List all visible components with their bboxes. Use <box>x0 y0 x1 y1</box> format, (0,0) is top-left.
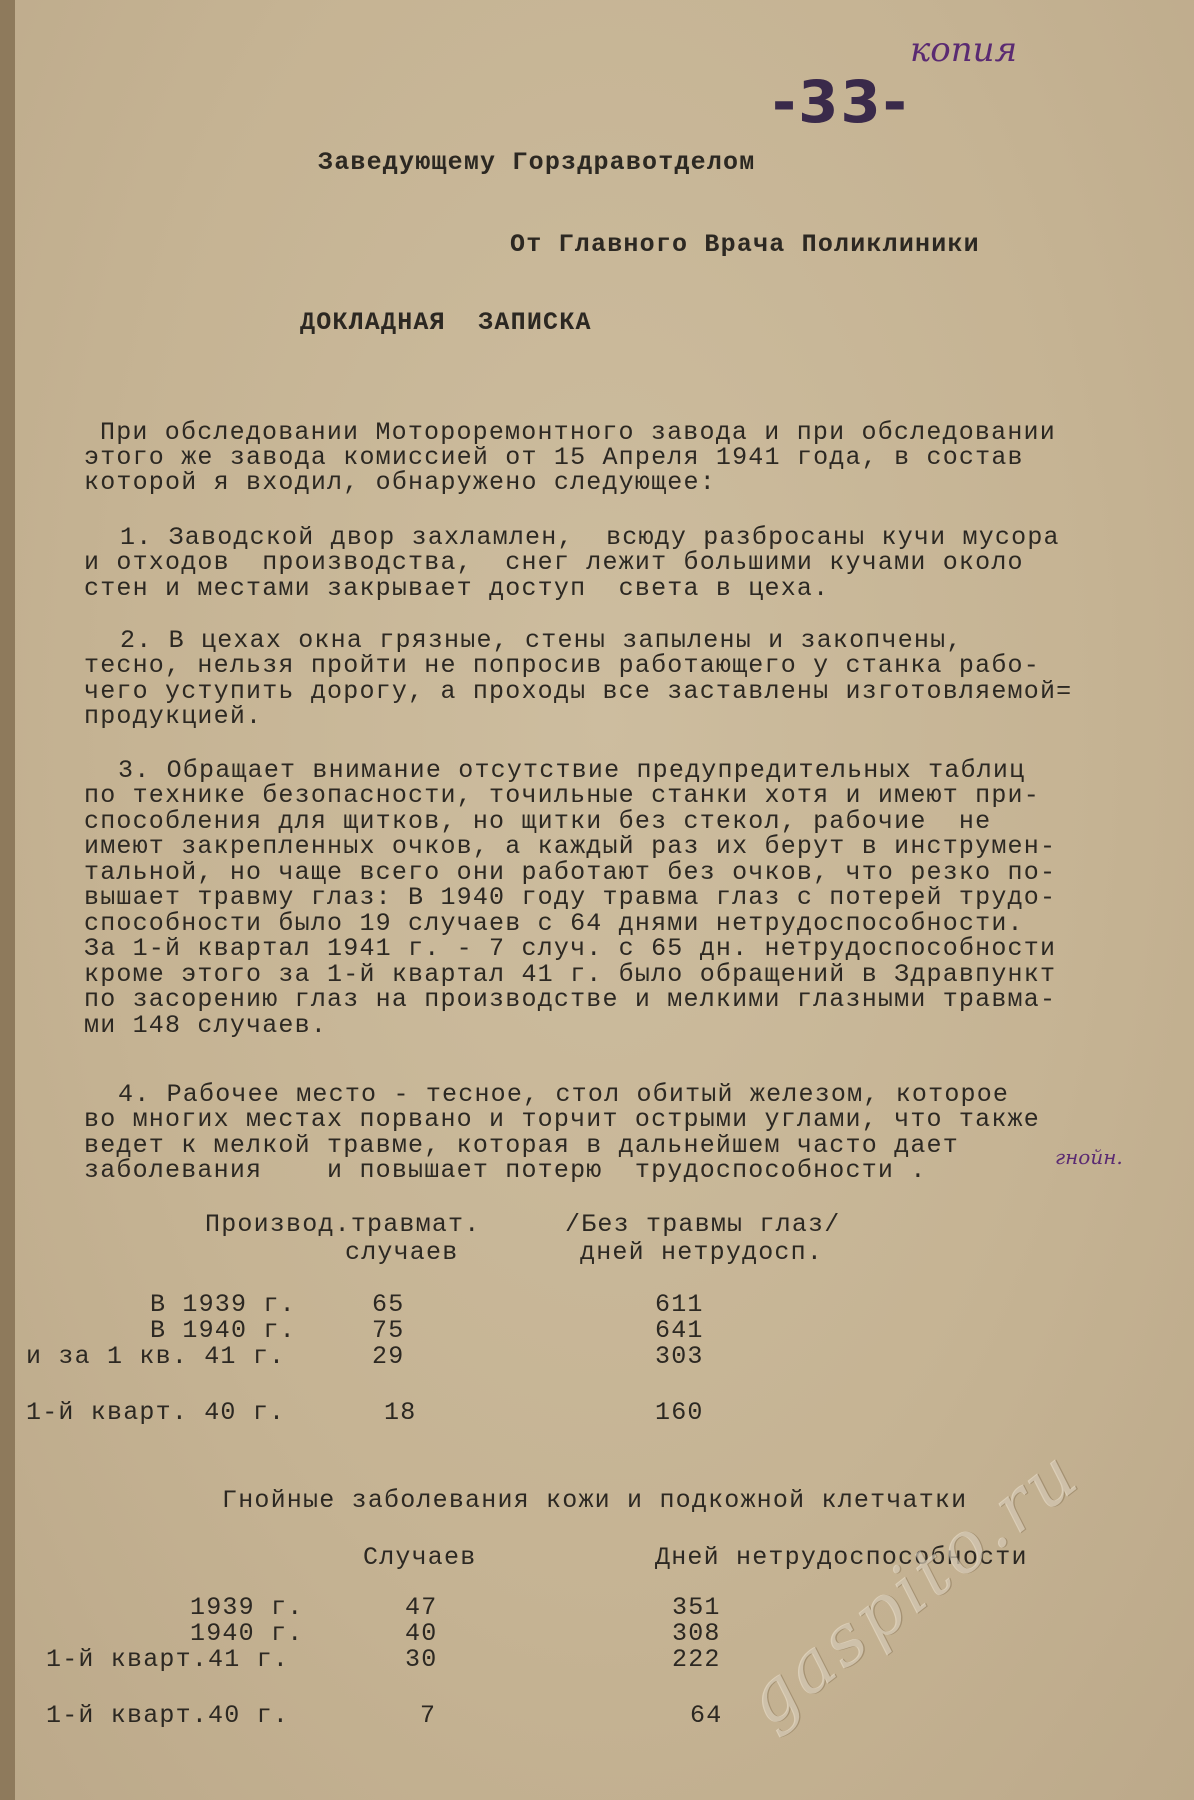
table1-header-cases: Производ.травмат. <box>205 1212 480 1237</box>
table1-header-days: /Без травмы глаз/ <box>565 1212 840 1237</box>
text-line: и отходов производства, снег лежит больш… <box>84 550 1024 575</box>
text-line: чего уступить дорогу, а проходы все заст… <box>84 679 1072 704</box>
text-line: этого же завода комиссией от 15 Апреля 1… <box>84 445 1024 470</box>
cases: 47 <box>405 1595 437 1620</box>
text-line: тальной, но чаще всего они работают без … <box>84 860 1056 885</box>
text-line: способности было 19 случаев с 64 днями н… <box>84 911 1024 936</box>
text-line: кроме этого за 1-й квартал 41 г. было об… <box>84 962 1056 987</box>
text-line: продукцией. <box>84 704 262 729</box>
text-line: ми 148 случаев. <box>84 1013 327 1038</box>
scan-edge <box>0 0 15 1800</box>
cases: 75 <box>372 1318 404 1343</box>
addressee: Заведующему Горздравотделом <box>318 150 755 175</box>
period: 1940 г. <box>190 1621 303 1646</box>
period: В 1939 г. <box>150 1292 296 1317</box>
cases: 7 <box>420 1703 436 1728</box>
text-line: способления для щитков, но щитки без сте… <box>84 809 991 834</box>
text-line: стен и местами закрывает доступ света в … <box>84 576 829 601</box>
table2-title: Гнойные заболевания кожи и подкожной кле… <box>222 1488 967 1513</box>
sender: От Главного Врача Поликлиники <box>510 232 980 257</box>
text-line: 3. Обращает внимание отсутствие предупре… <box>118 758 1025 783</box>
text-line: ведет к мелкой травме, которая в дальней… <box>84 1133 959 1158</box>
table1-header-cases-sub: случаев <box>345 1240 458 1265</box>
period: 1939 г. <box>190 1595 303 1620</box>
text-line: имеют закрепленных очков, а каждый раз и… <box>84 834 1056 859</box>
table1-header-days-sub: дней нетрудосп. <box>580 1240 823 1265</box>
text-line: заболевания и повышает потерю трудоспосо… <box>84 1158 927 1183</box>
text-line: тесно, нельзя пройти не попросив работаю… <box>84 653 1040 678</box>
copy-mark: копия <box>910 30 1017 70</box>
text-line: 4. Рабочее место - тесное, стол обитый ж… <box>118 1082 1009 1107</box>
days: 351 <box>672 1595 721 1620</box>
period: 1-й кварт.40 г. <box>46 1703 289 1728</box>
text-line: которой я входил, обнаружено следующее: <box>84 470 716 495</box>
cases: 18 <box>384 1400 416 1425</box>
cases: 30 <box>405 1647 437 1672</box>
table2-header-cases: Случаев <box>363 1545 476 1570</box>
days: 303 <box>655 1344 704 1369</box>
page-number: -33- <box>772 68 909 136</box>
cases: 65 <box>372 1292 404 1317</box>
handwritten-note: гнойн. <box>1055 1145 1123 1169</box>
text-line: по технике безопасности, точильные станк… <box>84 783 1040 808</box>
days: 641 <box>655 1318 704 1343</box>
days: 611 <box>655 1292 704 1317</box>
period: 1-й кварт. 40 г. <box>26 1400 285 1425</box>
period: 1-й кварт.41 г. <box>46 1647 289 1672</box>
days: 222 <box>672 1647 721 1672</box>
text-line: во многих местах порвано и торчит острым… <box>84 1107 1040 1132</box>
text-line: За 1-й квартал 1941 г. - 7 случ. с 65 дн… <box>84 936 1056 961</box>
text-line: При обследовании Мотороремонтного завода… <box>100 420 1056 445</box>
document-title: ДОКЛАДНАЯ ЗАПИСКА <box>300 310 592 335</box>
days: 64 <box>690 1703 722 1728</box>
period: и за 1 кв. 41 г. <box>26 1344 285 1369</box>
text-line: вышает травму глаз: В 1940 году травма г… <box>84 885 1056 910</box>
text-line: по засорению глаз на производстве и мелк… <box>84 987 1056 1012</box>
days: 308 <box>672 1621 721 1646</box>
cases: 29 <box>372 1344 404 1369</box>
text-line: 1. Заводской двор захламлен, всюду разбр… <box>120 525 1060 550</box>
text-line: 2. В цехах окна грязные, стены запылены … <box>120 628 963 653</box>
period: В 1940 г. <box>150 1318 296 1343</box>
cases: 40 <box>405 1621 437 1646</box>
days: 160 <box>655 1400 704 1425</box>
